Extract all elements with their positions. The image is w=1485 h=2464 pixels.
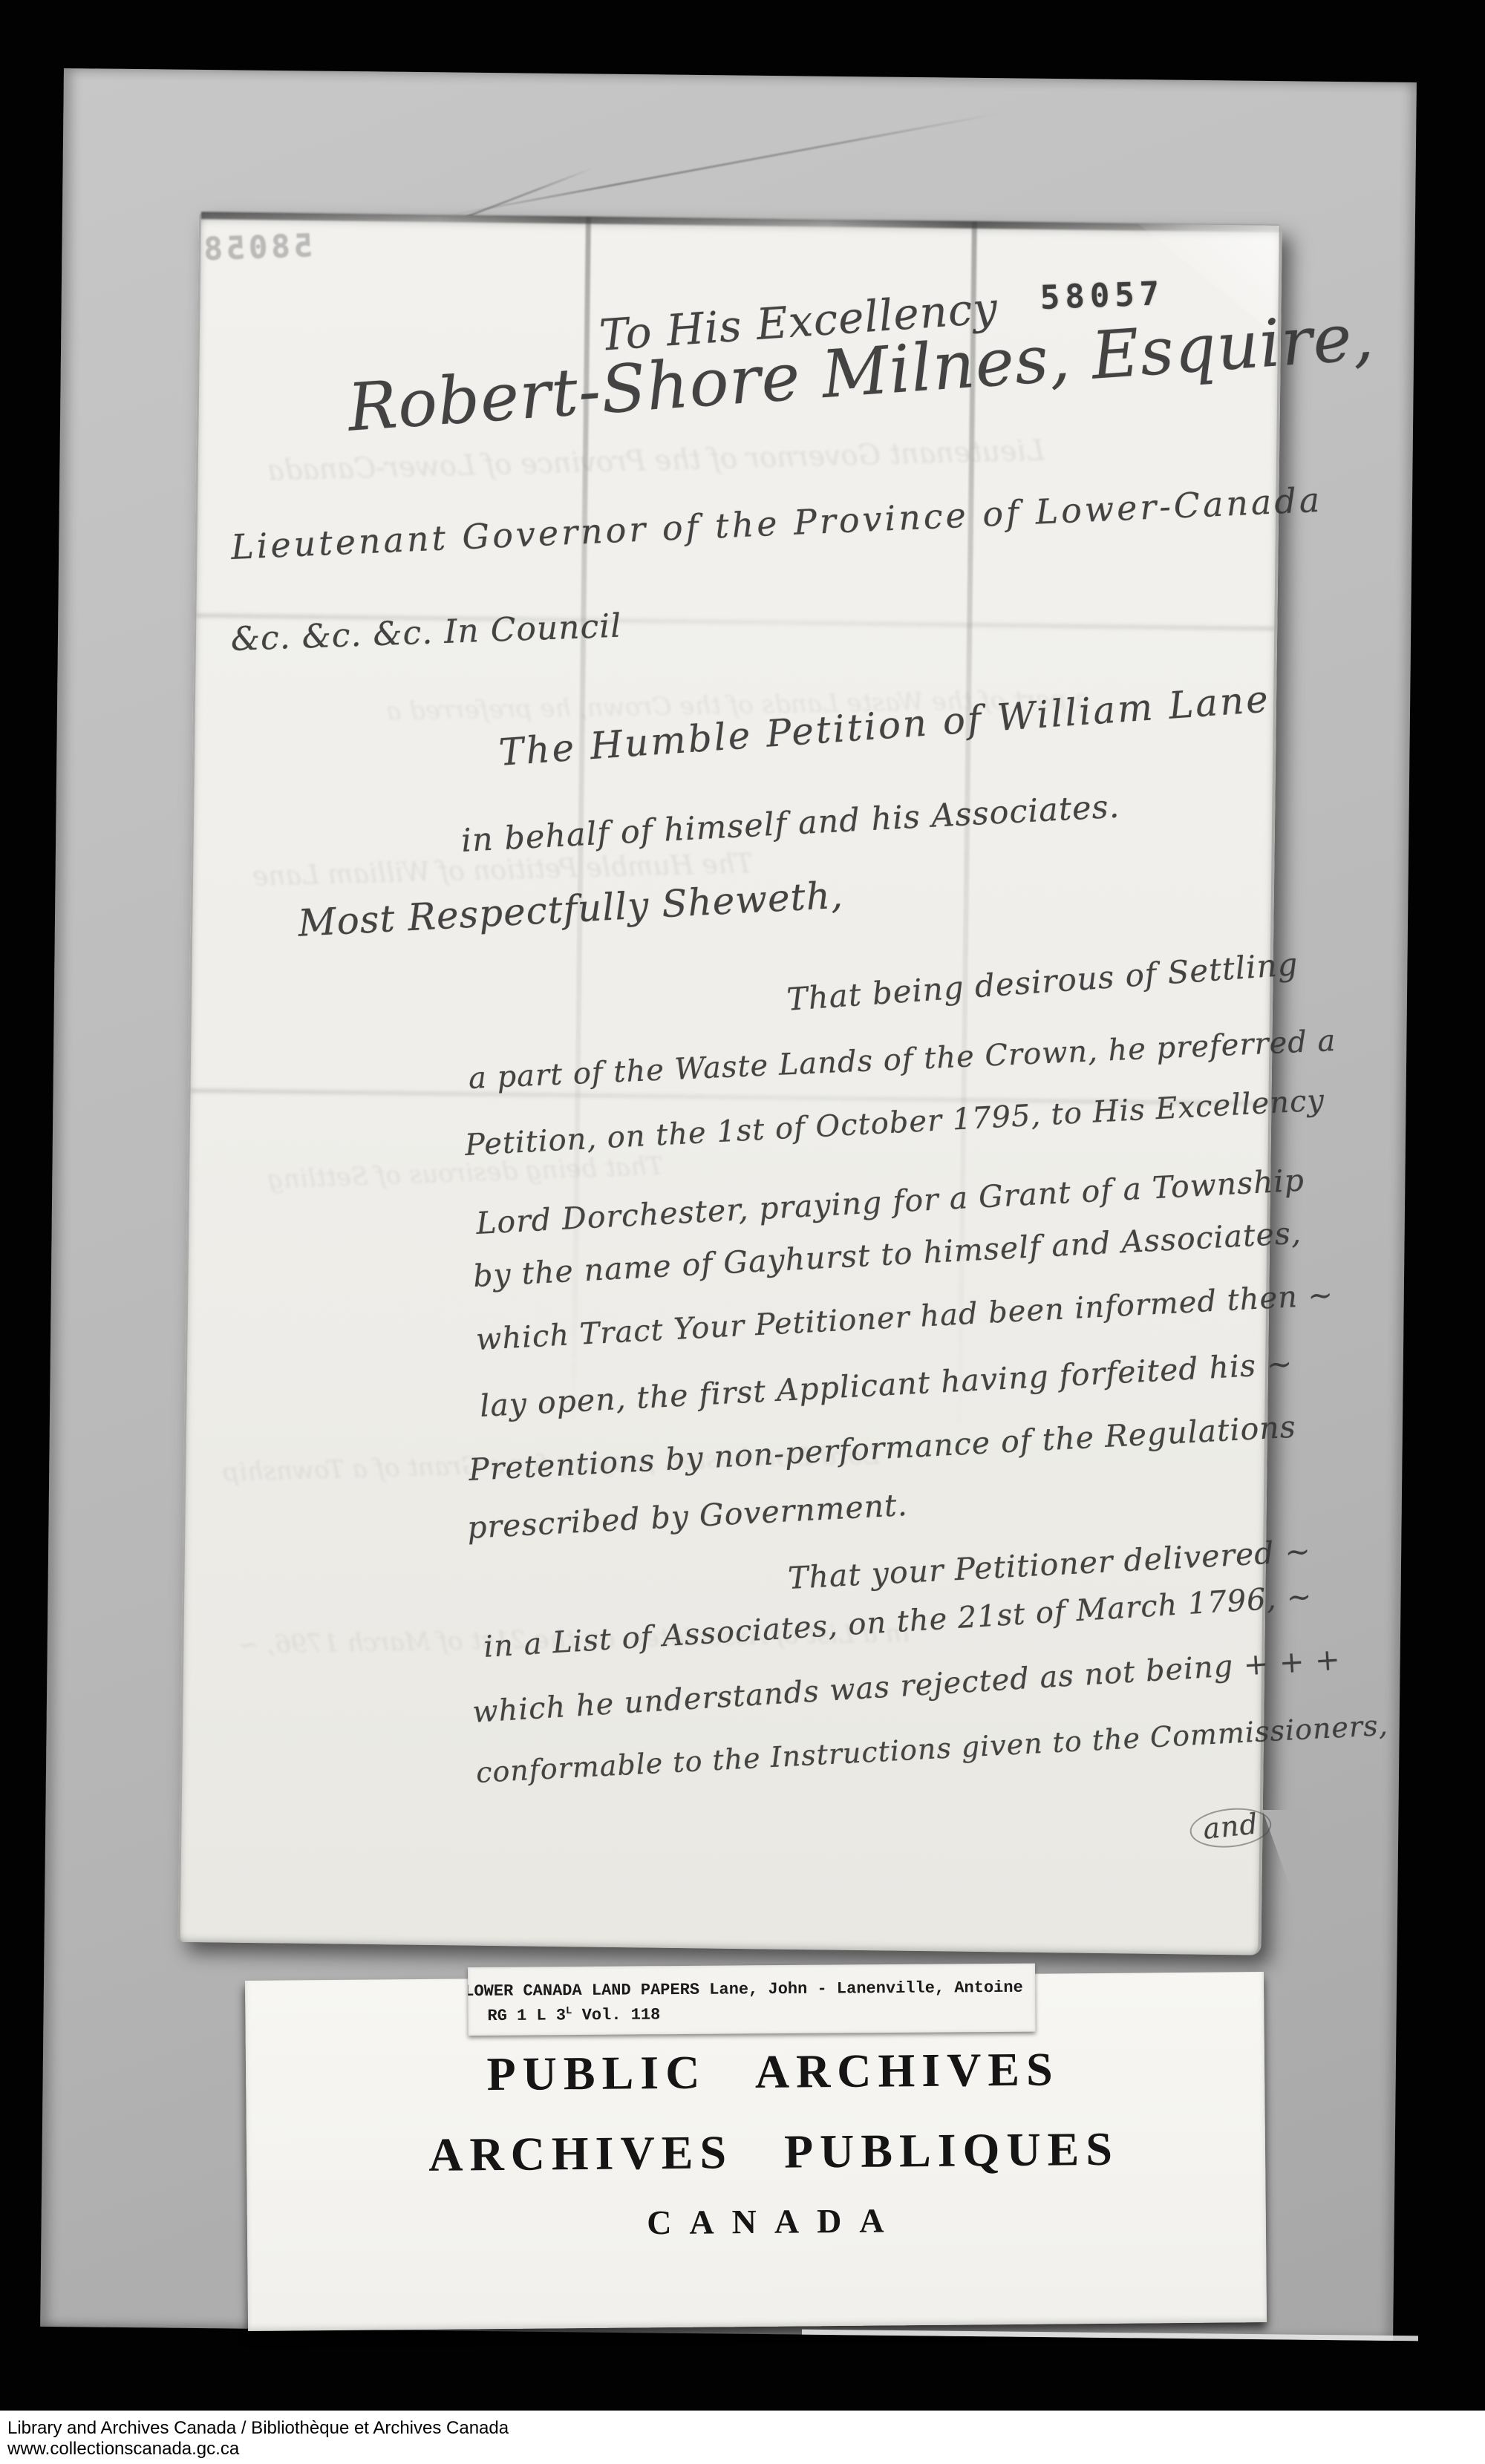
- label-series-line: LOWER CANADA LAND PAPERS Lane, John - La…: [468, 1978, 1023, 2001]
- label-reference-line: RG 1 L 3L Vol. 118: [487, 2004, 660, 2025]
- microfilm-scan: 58058 58057 Lieutenant Governor of the P…: [0, 0, 1485, 2464]
- card-title-english: PUBLIC ARCHIVES: [264, 2040, 1283, 2104]
- archival-label: LOWER CANADA LAND PAPERS Lane, John - La…: [468, 1964, 1036, 2036]
- label-reference-prefix: RG 1 L 3: [487, 2006, 566, 2025]
- label-reference-suffix: Vol. 118: [572, 2006, 660, 2025]
- label-reference-superscript: L: [566, 2005, 572, 2017]
- card-title-canada: CANADA: [265, 2197, 1284, 2246]
- footer-url: www.collectionscanada.gc.ca: [7, 2439, 239, 2460]
- footer-attribution: Library and Archives Canada / Bibliothèq…: [7, 2418, 509, 2439]
- card-title-french: ARCHIVES PUBLIQUES: [264, 2120, 1284, 2184]
- stamp-number: 58057: [1039, 275, 1165, 317]
- ghost-stamp-number: 58058: [200, 227, 313, 267]
- footer-band: Library and Archives Canada / Bibliothèq…: [0, 2411, 1485, 2464]
